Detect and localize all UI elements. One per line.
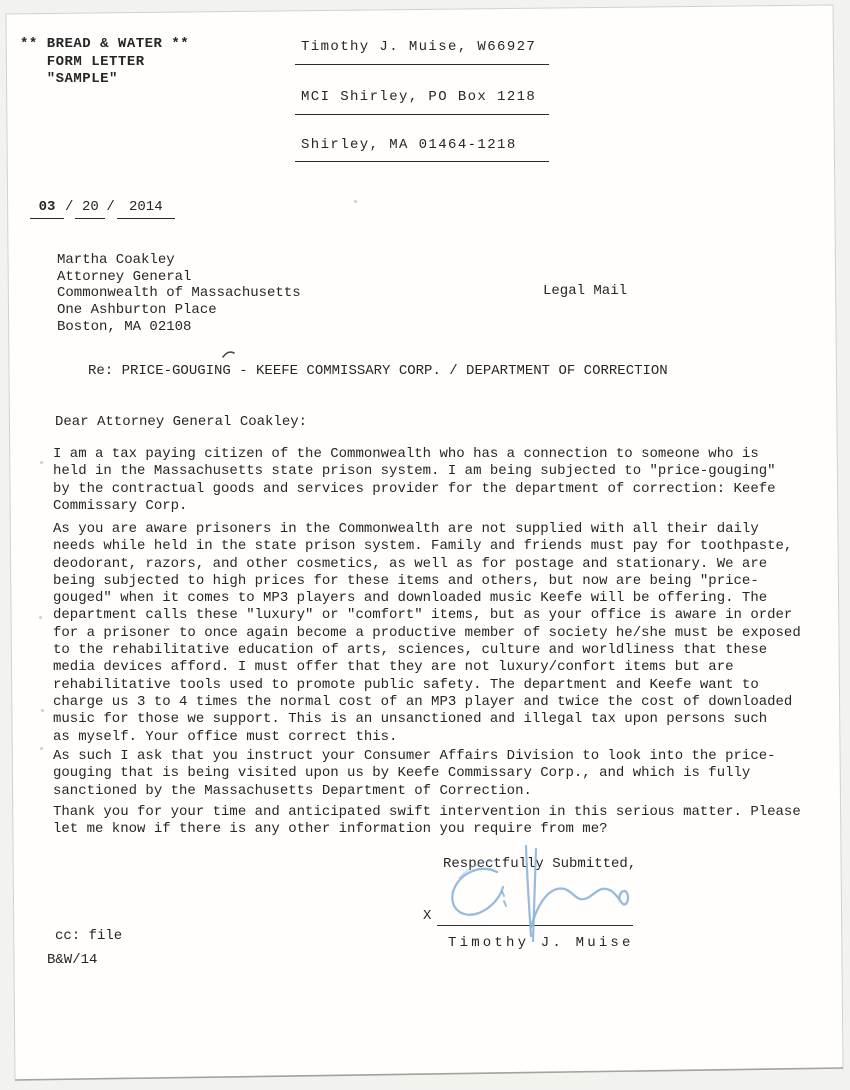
handwritten-signature xyxy=(0,0,850,1090)
scanned-letter-page: ** BREAD & WATER ** FORM LETTER "SAMPLE"… xyxy=(0,0,850,1090)
